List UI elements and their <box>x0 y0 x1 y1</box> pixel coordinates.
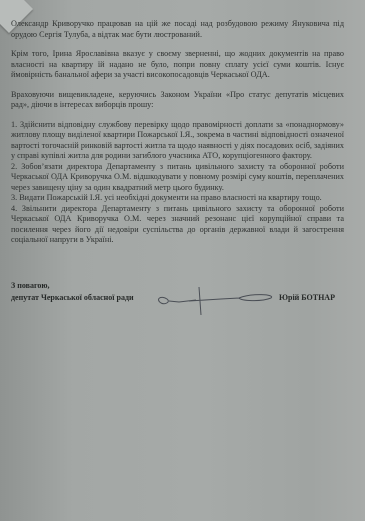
signer-name: Юрій БОТНАР <box>279 293 335 302</box>
paragraph: Олександр Криворучко працював на цій же … <box>11 19 344 40</box>
signature-icon <box>151 285 286 315</box>
request-item: 3. Видати Пожарській І.Я. усі необхідні … <box>11 193 344 204</box>
request-item: 1. Здійснити відповідну службову перевір… <box>11 120 344 162</box>
closing-block: З повагою, депутат Черкаської обласної р… <box>11 281 351 305</box>
signer-title: депутат Черкаської обласної ради <box>11 293 134 302</box>
paragraph: Крім того, Ірина Ярославівна вказує у св… <box>11 49 344 81</box>
request-item: 4. Звільнити директора Департаменту з пи… <box>11 204 344 246</box>
document-page: Олександр Криворучко працював на цій же … <box>0 0 365 521</box>
document-body: Олександр Криворучко працював на цій же … <box>11 19 344 260</box>
paragraph: Враховуючи вищевикладене, керуючись Зако… <box>11 90 344 111</box>
request-item: 2. Зобов’язати директора Департаменту з … <box>11 162 344 194</box>
signature-row: депутат Черкаської обласної ради Юрій БО… <box>11 293 351 305</box>
